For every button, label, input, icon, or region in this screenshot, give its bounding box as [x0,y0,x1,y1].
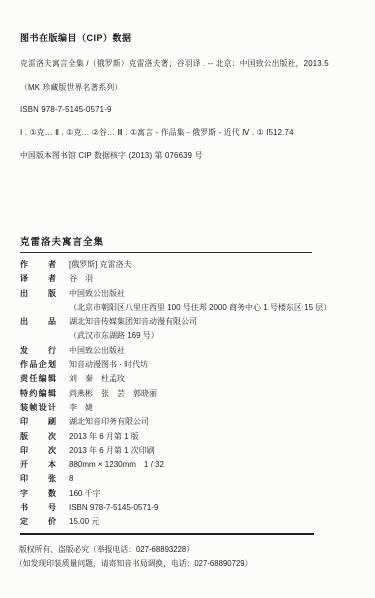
row-label: 定 价 [20,515,56,529]
cip-series: （MK 珍藏版世界名著系列） [20,82,363,93]
book-title: 克雷洛夫寓言全集 [20,234,312,253]
row-value: 8 [69,472,73,486]
row-value: 2013 年 6 月第 1 次印刷 [69,444,155,458]
colophon-row-printer: 印 刷 湖北知音印务有限公司 [20,415,312,429]
row-value: 谷 羽 [69,272,93,286]
row-value: 李 婕 [69,401,93,415]
colophon-row-author: 作 者 [俄罗斯] 克雷洛夫 [20,258,312,272]
cip-isbn: ISBN 978-7-5145-0571-9 [20,105,363,114]
book-copyright-page: 图书在版编目（CIP）数据 克雷洛夫寓言全集 /（俄罗斯）克雷洛夫著；谷羽译 .… [0,0,375,598]
row-value: 15.00 元 [69,515,99,529]
row-label: 书 号 [20,501,56,515]
row-label: 印 刷 [20,415,56,429]
colophon-row-distributor: 发 行 中国致公出版社 [20,344,312,358]
row-label: 译 者 [20,272,56,286]
producer-address-note: （武汉市东湖路 169 号） [20,329,312,343]
row-label: 开 本 [20,458,56,472]
colophon-row-isbn: 书 号 ISBN 978-7-5145-0571-9 [20,501,312,515]
row-value: 湖北知音印务有限公司 [69,415,149,429]
row-value: 中国致公出版社 [69,344,125,358]
row-value: 160 千字 [69,487,101,501]
cip-record-number: 中国版本图书馆 CIP 数据核字 (2013) 第 076639 号 [20,150,363,161]
row-label: 作 者 [20,258,56,272]
colophon-row-editor: 责任编辑 刘 秦 杜孟玫 [20,372,312,386]
row-label: 装帧设计 [20,401,56,415]
colophon-row-special-editor: 特约编辑 尚燕彬 张 芸 郭晓丽 [20,387,312,401]
colophon-section: 克雷洛夫寓言全集 作 者 [俄罗斯] 克雷洛夫 译 者 谷 羽 出 版 中国致公… [20,234,312,530]
row-label: 特约编辑 [20,387,56,401]
row-value: 湖北知音传媒集团知音动漫有限公司 [69,315,197,329]
colophon-row-word-count: 字 数 160 千字 [20,487,312,501]
row-label: 字 数 [20,487,56,501]
row-label: 印 张 [20,472,56,486]
row-label: 出 版 [20,287,56,301]
copyright-notice: 版权所有、盗版必究（举报电话：027-68893228） [19,543,320,557]
cip-header: 图书在版编目（CIP）数据 [20,31,363,44]
row-label: 出 品 [20,315,56,329]
colophon-row-translator: 译 者 谷 羽 [20,272,312,286]
row-label: 印 次 [20,444,56,458]
colophon-row-designer: 装帧设计 李 婕 [20,401,312,415]
row-value: ISBN 978-7-5145-0571-9 [69,501,158,515]
row-value: [俄罗斯] 克雷洛夫 [69,258,132,272]
colophon-row-producer: 出 品 湖北知音传媒集团知音动漫有限公司 [20,315,312,329]
row-value: 中国致公出版社 [69,287,125,301]
quality-notice: （如发现印装质量问题，请寄知音书局调换，电话：027-68890729） [15,557,320,571]
colophon-row-planning: 作品企划 知音动漫图书 · 时代坊 [20,358,312,372]
publisher-address-note: （北京市朝阳区八里庄西里 100 号住邦 2000 商务中心 1 号楼东区 15… [20,301,312,315]
row-value: 2013 年 6 月第 1 版 [69,430,139,444]
colophon-row-format: 开 本 880mm × 1230mm 1 / 32 [20,458,312,472]
colophon-row-publisher: 出 版 中国致公出版社 [20,287,312,301]
footer-section: 版权所有、盗版必究（举报电话：027-68893228） （如发现印装质量问题，… [15,533,320,570]
colophon-row-price: 定 价 15.00 元 [20,515,312,529]
row-value: 尚燕彬 张 芸 郭晓丽 [69,387,157,401]
row-label: 责任编辑 [20,372,56,386]
cip-section: 图书在版编目（CIP）数据 克雷洛夫寓言全集 /（俄罗斯）克雷洛夫著；谷羽译 .… [20,31,363,174]
footer-divider [20,533,314,535]
colophon-row-impression: 印 次 2013 年 6 月第 1 次印刷 [20,444,312,458]
cip-description: 克雷洛夫寓言全集 /（俄罗斯）克雷洛夫著；谷羽译 . -- 北京：中国致公出版社… [20,58,363,69]
row-value: 知音动漫图书 · 时代坊 [69,358,148,372]
row-label: 发 行 [20,344,56,358]
cip-classification: Ⅰ . ①克… Ⅱ . ①克… ②谷… Ⅲ . ①寓言 - 作品集 - 俄罗斯 … [20,127,363,138]
row-label: 版 次 [20,430,56,444]
colophon-row-sheets: 印 张 8 [20,472,312,486]
row-value: 刘 秦 杜孟玫 [69,372,125,386]
row-value: 880mm × 1230mm 1 / 32 [69,458,164,472]
colophon-row-edition: 版 次 2013 年 6 月第 1 版 [20,430,312,444]
row-label: 作品企划 [20,358,56,372]
